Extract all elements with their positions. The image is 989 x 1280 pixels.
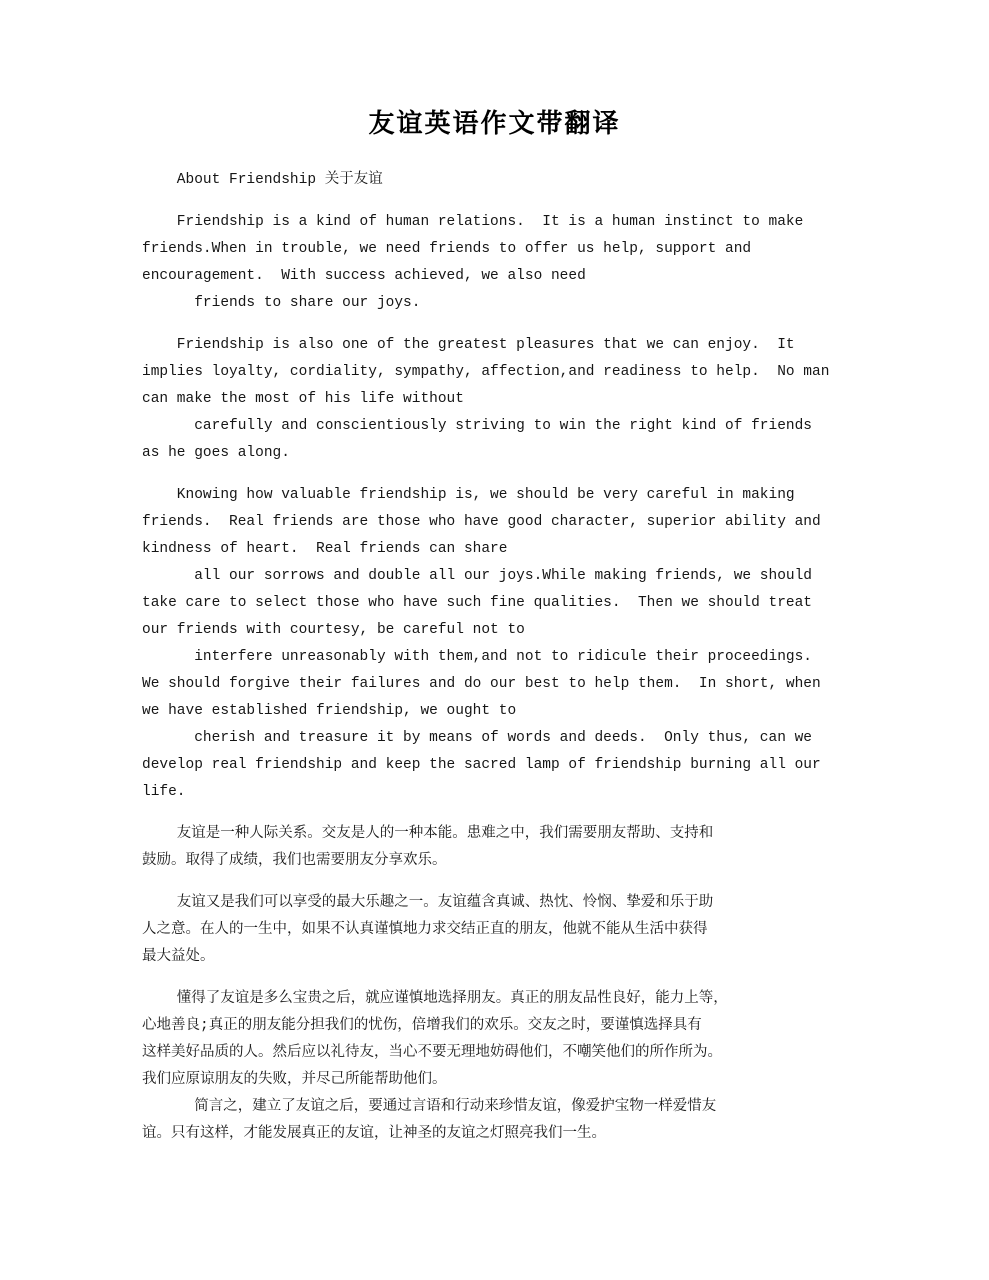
text-line: 友谊是一种人际关系。交友是人的一种本能。患难之中，我们需要朋友帮助、支持和 [142, 821, 854, 848]
text-line: carefully and conscientiously striving t… [142, 413, 854, 440]
chinese-paragraph-2: 友谊又是我们可以享受的最大乐趣之一。友谊蕴含真诚、热忱、怜悯、挚爱和乐于助人之意… [142, 890, 854, 971]
text-line: can make the most of his life without [142, 386, 854, 413]
text-line: 简言之，建立了友谊之后，要通过言语和行动来珍惜友谊，像爱护宝物一样爱惜友 [142, 1094, 854, 1121]
text-line: cherish and treasure it by means of word… [142, 725, 854, 752]
subtitle-line: About Friendship 关于友谊 [142, 167, 854, 194]
text-line: About Friendship 关于友谊 [142, 167, 854, 194]
document-body: About Friendship 关于友谊 Friendship is a ki… [142, 167, 854, 1148]
text-line: as he goes along. [142, 440, 854, 467]
text-line: 人之意。在人的一生中，如果不认真谨慎地力求交结正直的朋友，他就不能从生活中获得 [142, 917, 854, 944]
text-line: 最大益处。 [142, 944, 854, 971]
text-line: 友谊又是我们可以享受的最大乐趣之一。友谊蕴含真诚、热忱、怜悯、挚爱和乐于助 [142, 890, 854, 917]
page-title: 友谊英语作文带翻译 [0, 105, 989, 143]
text-line: encouragement. With success achieved, we… [142, 263, 854, 290]
english-paragraph-1: Friendship is a kind of human relations.… [142, 209, 854, 317]
text-line: 这样美好品质的人。然后应以礼待友，当心不要无理地妨碍他们，不嘲笑他们的所作所为。 [142, 1040, 854, 1067]
text-line: 谊。只有这样，才能发展真正的友谊，让神圣的友谊之灯照亮我们一生。 [142, 1121, 854, 1148]
text-line: Knowing how valuable friendship is, we s… [142, 482, 854, 509]
chinese-paragraph-1: 友谊是一种人际关系。交友是人的一种本能。患难之中，我们需要朋友帮助、支持和鼓励。… [142, 821, 854, 875]
text-line: life. [142, 779, 854, 806]
text-line: 懂得了友谊是多么宝贵之后，就应谨慎地选择朋友。真正的朋友品性良好，能力上等， [142, 986, 854, 1013]
text-line: Friendship is a kind of human relations.… [142, 209, 854, 236]
text-line: develop real friendship and keep the sac… [142, 752, 854, 779]
text-line: interfere unreasonably with them,and not… [142, 644, 854, 671]
document-page: 友谊英语作文带翻译 About Friendship 关于友谊 Friendsh… [0, 0, 989, 1280]
text-line: 鼓励。取得了成绩，我们也需要朋友分享欢乐。 [142, 848, 854, 875]
text-line: all our sorrows and double all our joys.… [142, 563, 854, 590]
text-line: we have established friendship, we ought… [142, 698, 854, 725]
text-line: take care to select those who have such … [142, 590, 854, 617]
english-paragraph-3: Knowing how valuable friendship is, we s… [142, 482, 854, 806]
text-line: friends.When in trouble, we need friends… [142, 236, 854, 263]
text-line: 我们应原谅朋友的失败，并尽己所能帮助他们。 [142, 1067, 854, 1094]
text-line: our friends with courtesy, be careful no… [142, 617, 854, 644]
english-paragraph-2: Friendship is also one of the greatest p… [142, 332, 854, 467]
text-line: 心地善良;真正的朋友能分担我们的忧伤，倍增我们的欢乐。交友之时，要谨慎选择具有 [142, 1013, 854, 1040]
text-line: friends. Real friends are those who have… [142, 509, 854, 536]
text-line: Friendship is also one of the greatest p… [142, 332, 854, 359]
chinese-paragraph-3: 懂得了友谊是多么宝贵之后，就应谨慎地选择朋友。真正的朋友品性良好，能力上等，心地… [142, 986, 854, 1148]
text-line: friends to share our joys. [142, 290, 854, 317]
text-line: We should forgive their failures and do … [142, 671, 854, 698]
text-line: kindness of heart. Real friends can shar… [142, 536, 854, 563]
text-line: implies loyalty, cordiality, sympathy, a… [142, 359, 854, 386]
